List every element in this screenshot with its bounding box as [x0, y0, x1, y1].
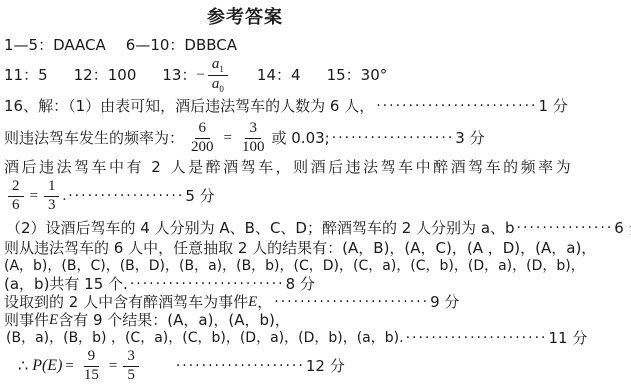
fraction-denominator: 6: [8, 197, 24, 214]
answers-row-11-15: 11：5 12：100 13： − a1 a0 14：4 15：30°: [4, 56, 387, 94]
solution-text: 或 0.03;: [271, 129, 329, 147]
solution-text: (B，a)，(B，b) ，(C，a)，(C，b)，(D，a)，(D，b)，(a，…: [6, 330, 404, 347]
dots-leader: ·························: [376, 98, 537, 115]
fraction-numerator: 2: [8, 178, 24, 196]
solution-line-9: 设取到的 2 人中含有醉酒驾车为事件 E ， ·················…: [4, 293, 459, 311]
fraction-2-6: 2 6: [8, 178, 24, 214]
period: .: [62, 187, 66, 205]
dots-leader: ····················: [176, 358, 305, 375]
dots-leader: ······················: [406, 330, 548, 347]
event-variable: E: [248, 293, 257, 311]
fraction-3-5: 3 5: [123, 348, 139, 384]
fraction-denominator: a0: [208, 76, 228, 94]
solution-text: 16、解：（1）由表可知，酒后违法驾车的人数为 6 人，: [4, 97, 374, 115]
equals-sign: =: [30, 187, 38, 205]
fraction-1-3: 1 3: [44, 178, 60, 214]
dots-leader: ···············: [517, 220, 614, 237]
fraction-denominator: 3: [44, 197, 60, 214]
solution-text: (a，b)共有 15 个.: [4, 275, 128, 293]
fraction-denominator: 200: [187, 139, 218, 156]
page-title: 参考答案: [0, 3, 490, 29]
q13-label: 13：: [162, 66, 196, 84]
solution-text: 则违法驾车发生的频率为：: [4, 129, 184, 147]
fraction-9-15: 9 15: [80, 348, 103, 384]
equals-sign: =: [65, 357, 73, 375]
equals-sign: =: [224, 129, 232, 147]
score-mark: 1 分: [538, 97, 567, 115]
solution-text: 则事件: [4, 311, 49, 329]
answers-1-5: 1—5：DAACA: [4, 36, 106, 54]
score-mark: 11 分: [548, 329, 587, 347]
fraction-6-200: 6 200: [187, 120, 218, 156]
score-mark: 9 分: [430, 293, 459, 311]
fraction-numerator: 3: [245, 120, 261, 138]
score-mark: 3 分: [455, 129, 484, 147]
solution-line-12: ∴ P(E) = 9 15 = 3 5 ····················…: [18, 347, 345, 385]
therefore-symbol: ∴: [18, 356, 28, 375]
solution-line-3: 酒后违法驾车中有 2 人是醉酒驾车，则酒后违法驾车中醉酒驾车的频率为: [4, 158, 573, 176]
dots-leader: ························: [130, 276, 285, 293]
answer-q11: 11：5: [4, 66, 48, 84]
solution-line-1: 16、解：（1）由表可知，酒后违法驾车的人数为 6 人， ···········…: [4, 97, 568, 115]
equals-sign: =: [109, 357, 117, 375]
q13-fraction: a1 a0: [208, 56, 228, 94]
fraction-denominator: 15: [80, 367, 103, 384]
solution-line-10: 则事件 E 含有 9 个结果：(A，a)，(A，b)，: [4, 311, 290, 329]
solution-text: ，: [257, 293, 272, 311]
score-mark: 12 分: [306, 357, 345, 375]
fraction-numerator: 1: [44, 178, 60, 196]
event-variable: E: [49, 311, 58, 329]
dots-leader: ··················: [68, 188, 184, 205]
score-mark: 5 分: [185, 187, 214, 205]
answers-row-1-10: 1—5：DAACA 6—10：DBBCA: [4, 36, 237, 53]
fraction-denominator: 5: [123, 367, 139, 384]
solution-text: 含有 9 个结果：(A，a)，(A，b)，: [58, 311, 290, 329]
minus-sign: −: [196, 66, 204, 84]
probability-expression: P(E): [32, 356, 62, 375]
solution-text: 酒后违法驾车中有 2 人是醉酒驾车，则酒后违法驾车中醉酒驾车的频率为: [4, 158, 573, 176]
score-mark: 8 分: [286, 275, 315, 293]
solution-line-6: 则从违法驾车的 6 人中，任意抽取 2 人的结果有：(A，B)，(A，C)，(A…: [4, 239, 596, 257]
answer-q13: 13： − a1 a0: [162, 56, 231, 94]
solution-text: 则从违法驾车的 6 人中，任意抽取 2 人的结果有：(A，B)，(A，C)，(A…: [4, 239, 596, 257]
dots-leader: ···················: [332, 130, 455, 147]
solution-text: （2）设酒后驾车的 4 人分别为 A、B、C、D；醉酒驾车的 2 人分别为 a、…: [6, 219, 515, 237]
solution-line-8: (a，b)共有 15 个. ························ 8…: [4, 275, 315, 293]
answer-q12: 12：100: [74, 66, 137, 84]
solution-line-2: 则违法驾车发生的频率为： 6 200 = 3 100 或 0.03; ·····…: [4, 119, 485, 157]
solution-text: 设取到的 2 人中含有醉酒驾车为事件: [4, 293, 248, 311]
solution-text: (A，b)，(B，C)，(B，D)，(B，a)，(B，b)，(C，D)，(C，a…: [4, 258, 585, 275]
answers-6-10: 6—10：DBBCA: [126, 36, 237, 54]
fraction-numerator: 3: [123, 348, 139, 366]
fraction-3-100: 3 100: [238, 120, 269, 156]
fraction-denominator: 100: [238, 139, 269, 156]
solution-line-5: （2）设酒后驾车的 4 人分别为 A、B、C、D；醉酒驾车的 2 人分别为 a、…: [6, 219, 631, 237]
dots-leader: ························: [274, 294, 429, 311]
score-mark: 6 分: [614, 219, 631, 237]
fraction-numerator: 6: [195, 120, 211, 138]
fraction-numerator: 9: [84, 348, 100, 366]
fraction-numerator: a1: [208, 56, 228, 75]
solution-line-7: (A，b)，(B，C)，(B，D)，(B，a)，(B，b)，(C，D)，(C，a…: [4, 257, 585, 275]
answer-q14: 14：4: [257, 66, 301, 84]
solution-line-4: 2 6 = 1 3 . ·················· 5 分: [8, 177, 215, 215]
solution-line-11: (B，a)，(B，b) ，(C，a)，(C，b)，(D，a)，(D，b)，(a，…: [6, 329, 587, 347]
answer-key-page: 参考答案 1—5：DAACA 6—10：DBBCA 11：5 12：100 13…: [0, 0, 631, 387]
answer-q15: 15：30°: [327, 66, 388, 84]
